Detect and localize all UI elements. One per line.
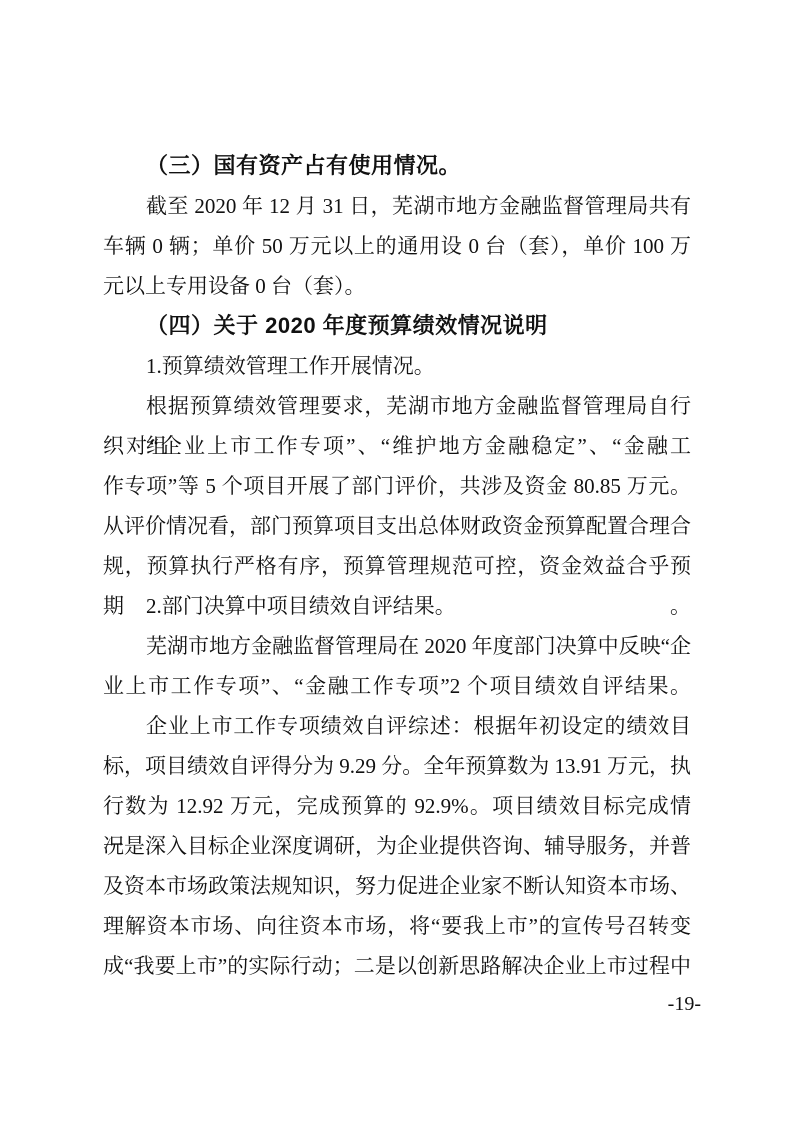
text-line: 成“我要上市”的实际行动；二是以创新思路解决企业上市过程中 (103, 946, 691, 986)
text-line: 理解资本市场、向往资本市场，将“要我上市”的宣传号召转变 (103, 906, 691, 946)
document-page: （三）国有资产占有使用情况。截至 2020 年 12 月 31 日，芜湖市地方金… (0, 0, 793, 1122)
text-line: 截至 2020 年 12 月 31 日，芜湖市地方金融监督管理局共有 (103, 186, 691, 226)
text-line: 标，项目绩效自评得分为 9.29 分。全年预算数为 13.91 万元，执 (103, 746, 691, 786)
text-line: 规，预算执行严格有序，预算管理规范可控，资金效益合乎预期。 (103, 546, 691, 586)
text-line: 一是深入目标企业深度调研，为企业提供咨询、辅导服务，并普 (103, 826, 691, 866)
text-line: 根据预算绩效管理要求，芜湖市地方金融监督管理局自行组 (103, 386, 691, 426)
section-heading: （四）关于 2020 年度预算绩效情况说明 (103, 306, 691, 346)
text-line: 及资本市场政策法规知识，努力促进企业家不断认知资本市场、 (103, 866, 691, 906)
text-line: 元以上专用设备 0 台（套）。 (103, 266, 691, 306)
text-line: 企业上市工作专项绩效自评综述：根据年初设定的绩效目 (103, 706, 691, 746)
text-line: 1.预算绩效管理工作开展情况。 (103, 346, 691, 386)
text-line: 业上市工作专项”、“金融工作专项”2 个项目绩效自评结果。 (103, 666, 691, 706)
document-content: （三）国有资产占有使用情况。截至 2020 年 12 月 31 日，芜湖市地方金… (103, 146, 691, 986)
text-line: 行数为 12.92 万元，完成预算的 92.9%。项目绩效目标完成情况： (103, 786, 691, 826)
section-heading: （三）国有资产占有使用情况。 (103, 146, 691, 186)
text-line: 芜湖市地方金融监督管理局在 2020 年度部门决算中反映“企 (103, 626, 691, 666)
page-number: -19- (668, 990, 701, 1018)
text-line: 织对“企业上市工作专项”、“维护地方金融稳定”、“金融工 (103, 426, 691, 466)
text-line: 车辆 0 辆；单价 50 万元以上的通用设 0 台（套），单价 100 万 (103, 226, 691, 266)
text-line: 从评价情况看，部门预算项目支出总体财政资金预算配置合理合 (103, 506, 691, 546)
text-line: 作专项”等 5 个项目开展了部门评价，共涉及资金 80.85 万元。 (103, 466, 691, 506)
